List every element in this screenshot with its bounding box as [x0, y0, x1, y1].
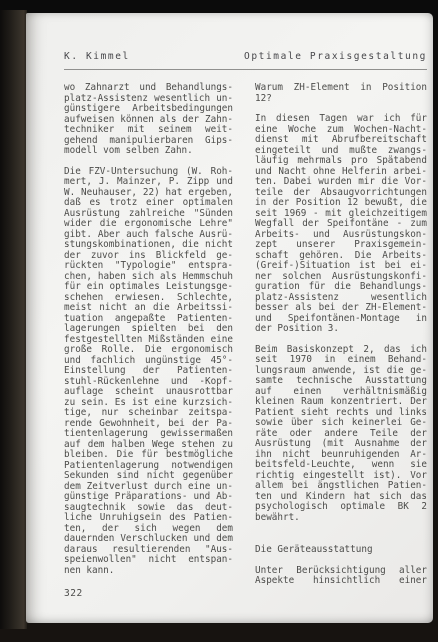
book-edge-shadow — [0, 10, 27, 629]
page-number: 322 — [64, 588, 83, 599]
header-rule — [64, 69, 427, 70]
paragraph: Beim Basiskonzept 2, das ichseit 1970 in… — [255, 345, 427, 524]
text-line: (Greif-)Situation ist bei ei- — [255, 261, 427, 272]
text-line: psychologisch optimale BK 2 — [255, 502, 427, 513]
text-line: modell vom selben Zahn. — [64, 146, 233, 157]
text-line: große Rolle. Die ergonomisch — [64, 345, 233, 356]
text-line: speienwollen" nicht entspan- — [64, 555, 233, 566]
paragraph: Unter Berücksichtigung allerAspekte hins… — [255, 566, 427, 587]
right-column: Warum ZH-Element in Position12?In diesen… — [255, 83, 427, 587]
text-line: Warum ZH-Element in Position — [255, 83, 427, 94]
running-head: K. Kimmel Optimale Praxisgestaltung — [64, 51, 427, 62]
text-line: tientenlagerung gewissermaßen — [64, 429, 233, 440]
text-line: allem bei ängstlichen Patien- — [255, 481, 427, 492]
text-line: Wegfall der Speifontäne - zum — [255, 219, 427, 230]
text-line: Die Geräteausstattung — [255, 545, 427, 556]
section-heading: Warum ZH-Element in Position12? — [255, 83, 427, 104]
photo-background: K. Kimmel Optimale Praxisgestaltung wo Z… — [0, 0, 438, 642]
text-line: In diesen Tagen war ich für — [255, 114, 427, 125]
text-line: stungskombinationen, die nicht — [64, 240, 233, 251]
text-line: nen kann. — [64, 566, 233, 577]
text-line: Sekunden sind nicht gegenüber — [64, 471, 233, 482]
page-content: K. Kimmel Optimale Praxisgestaltung wo Z… — [64, 51, 427, 587]
text-line: kleinen Raum konzentriert. Der — [255, 397, 427, 408]
text-line: rückten "Typologie" entspra- — [64, 261, 233, 272]
text-line: in der Position 12 bewußt, die — [255, 198, 427, 209]
text-line: guration für die Behandlungs- — [255, 282, 427, 293]
text-line: mert, J. Mainzer, P. Zipp und — [64, 177, 233, 188]
text-line: sowie über sich keinerlei Ge- — [255, 418, 427, 429]
text-line: der Position 3. — [255, 324, 427, 335]
paragraph: Die FZV-Untersuchung (W. Roh-mert, J. Ma… — [64, 167, 233, 577]
text-line: beitsfeld-Leuchte, wenn sie — [255, 460, 427, 471]
text-line: auflage scheint unausrottbar — [64, 387, 233, 398]
text-line: tige, nur scheinbar zeitspa- — [64, 408, 233, 419]
left-column: wo Zahnarzt und Behandlungs-platz-Assist… — [64, 83, 233, 587]
paragraph: wo Zahnarzt und Behandlungs-platz-Assist… — [64, 83, 233, 157]
text-line: daß es trotz einer optimalen — [64, 198, 233, 209]
paragraph: In diesen Tagen war ich füreine Woche zu… — [255, 114, 427, 335]
text-line: Aspekte hinsichtlich einer — [255, 576, 427, 587]
text-line: bleiben. Die für bestmögliche — [64, 450, 233, 461]
text-line: Einstellung der Patienten- — [64, 366, 233, 377]
text-line: liche Unruhigsein des Patien- — [64, 513, 233, 524]
section-heading: Die Geräteausstattung — [255, 545, 427, 556]
text-line: 12? — [255, 94, 427, 105]
text-line: wider die ergonomische Lehre" — [64, 219, 233, 230]
running-head-title: Optimale Praxisgestaltung — [244, 51, 427, 62]
text-line: samte technische Ausstattung — [255, 376, 427, 387]
text-line: dienst mit Abrufbereitschaft — [255, 135, 427, 146]
text-line: für ein optimales Leistungsge- — [64, 282, 233, 293]
text-line: günstigere Arbeitsbedingungen — [64, 104, 233, 115]
text-line: läufig mehrmals pro Spätabend — [255, 156, 427, 167]
book-page: K. Kimmel Optimale Praxisgestaltung wo Z… — [26, 13, 433, 623]
text-line: bewährt. — [255, 513, 427, 524]
text-line: dauernden Verschlucken und dem — [64, 534, 233, 545]
text-line: günstige Präparations- und Ab- — [64, 492, 233, 503]
text-line: meist nicht an die Arbeitssi- — [64, 303, 233, 314]
text-columns: wo Zahnarzt und Behandlungs-platz-Assist… — [64, 83, 427, 587]
text-line: ten. Dabei wurden mir die Vor- — [255, 177, 427, 188]
running-head-author: K. Kimmel — [64, 51, 130, 62]
text-line: techniker mit seinem weit- — [64, 125, 233, 136]
text-line: Ausrüstung (mit Ausnahme der — [255, 439, 427, 450]
text-line: lagerungen spielten bei den — [64, 324, 233, 335]
text-line: besser als bei der ZH-Element- — [255, 303, 427, 314]
text-line: zept unserer Praxisgemein- — [255, 240, 427, 251]
text-line: wo Zahnarzt und Behandlungs- — [64, 83, 233, 94]
text-line: seit 1970 in einem Behand- — [255, 355, 427, 366]
